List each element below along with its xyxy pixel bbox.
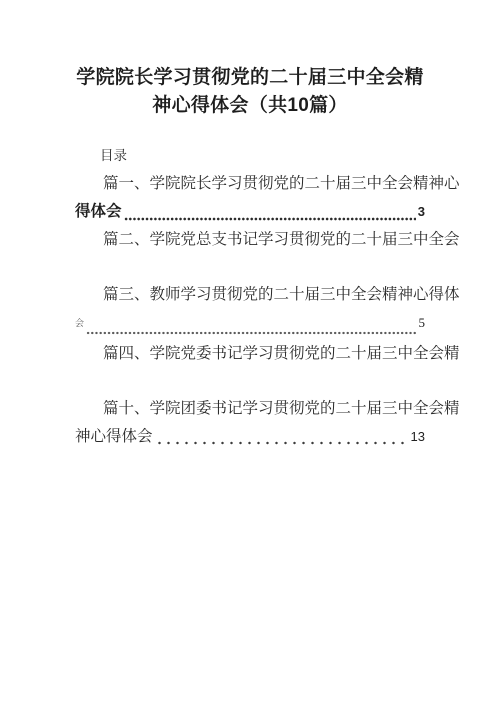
toc-entry-line-10: 篇十、学院团委书记学习贯彻党的二十届三中全会精 — [75, 395, 425, 423]
toc-entry-continuation: 会 — [75, 309, 84, 337]
toc-entry-continuation: 神心得体会 — [75, 423, 153, 451]
toc-page-number: 5 — [419, 309, 426, 337]
toc-page-number: 13 — [411, 423, 425, 451]
toc-leader-line-3: 会 5 — [75, 309, 425, 340]
toc-leader-line-1: 得体会 3 — [75, 198, 425, 226]
dot-leader — [86, 331, 416, 335]
blank-line — [75, 368, 425, 395]
toc-leader-line-10: 神心得体会 13 — [75, 423, 425, 451]
toc-entry-line-1: 篇一、学院院长学习贯彻党的二十届三中全会精神心 — [75, 170, 425, 198]
dot-leader — [155, 441, 409, 445]
table-of-contents: 目录 篇一、学院院长学习贯彻党的二十届三中全会精神心 得体会 3 篇二、学院党总… — [75, 142, 425, 451]
dot-leader — [124, 217, 416, 221]
toc-entry-continuation: 得体会 — [75, 198, 122, 226]
toc-entry-line-4: 篇四、学院党委书记学习贯彻党的二十届三中全会精 — [75, 340, 425, 368]
document-title: 学院院长学习贯彻党的二十届三中全会精神心得体会（共10篇） — [75, 64, 425, 120]
toc-page-number: 3 — [418, 198, 425, 226]
document-page: 学院院长学习贯彻党的二十届三中全会精神心得体会（共10篇） 目录 篇一、学院院长… — [0, 0, 500, 707]
blank-line — [75, 254, 425, 281]
toc-entry-line-3: 篇三、教师学习贯彻党的二十届三中全会精神心得体 — [75, 281, 425, 309]
toc-heading: 目录 — [100, 142, 425, 170]
toc-entry-line-2: 篇二、学院党总支书记学习贯彻党的二十届三中全会 — [75, 226, 425, 254]
